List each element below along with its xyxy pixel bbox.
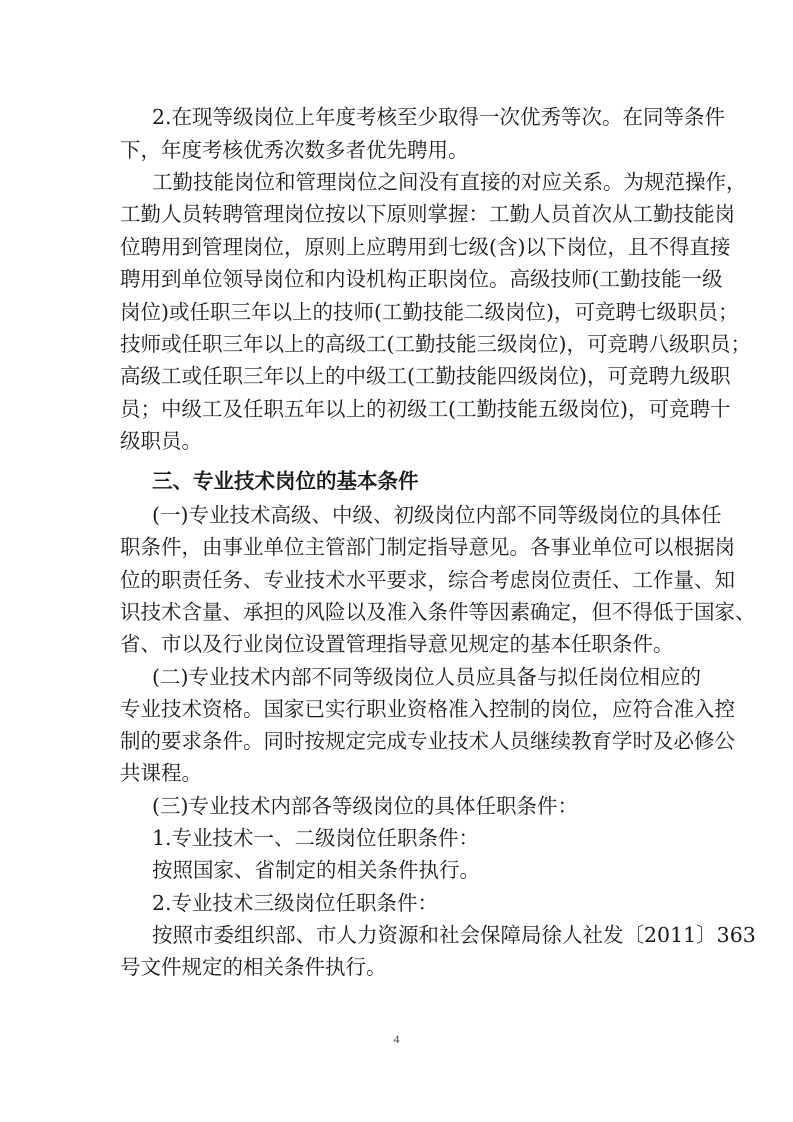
text-line: (二)专业技术内部不同等级岗位人员应具备与拟任岗位相应的 <box>152 661 680 693</box>
text-line: 识技术含量、承担的风险以及准入条件等因素确定，但不得低于国家、 <box>120 596 680 628</box>
text-line: 技师或任职三年以上的高级工(工勤技能三级岗位)，可竞聘八级职员； <box>120 328 680 360</box>
text-line: 高级工或任职三年以上的中级工(工勤技能四级岗位)，可竞聘九级职 <box>120 360 680 392</box>
text-line: 位聘用到管理岗位，原则上应聘用到七级(含)以下岗位，且不得直接 <box>120 231 680 263</box>
text-line: 专业技术资格。国家已实行职业资格准入控制的岗位，应符合准入控 <box>120 693 680 725</box>
text-line: 2.专业技术三级岗位任职条件： <box>152 887 680 919</box>
text-line: 职条件，由事业单位主管部门制定指导意见。各事业单位可以根据岗 <box>120 531 680 563</box>
text-line: 按照国家、省制定的相关条件执行。 <box>152 854 680 886</box>
text-line: (三)专业技术内部各等级岗位的具体任职条件： <box>152 790 680 822</box>
text-line: 岗位)或任职三年以上的技师(工勤技能二级岗位)，可竞聘七级职员； <box>120 296 680 328</box>
text-line: 制的要求条件。同时按规定完成专业技术人员继续教育学时及必修公 <box>120 725 680 757</box>
text-line: 下，年度考核优秀次数多者优先聘用。 <box>120 134 680 166</box>
page-number: 4 <box>0 1032 793 1047</box>
text-line: 位的职责任务、专业技术水平要求，综合考虑岗位责任、工作量、知 <box>120 564 680 596</box>
text-line: 工勤技能岗位和管理岗位之间没有直接的对应关系。为规范操作， <box>152 166 680 198</box>
text-line: 1.专业技术一、二级岗位任职条件： <box>152 822 680 854</box>
text-line: 2.在现等级岗位上年度考核至少取得一次优秀等次。在同等条件 <box>152 101 680 133</box>
text-line: 工勤人员转聘管理岗位按以下原则掌握：工勤人员首次从工勤技能岗 <box>120 198 680 230</box>
text-line: 号文件规定的相关条件执行。 <box>120 951 680 983</box>
section-heading: 三、专业技术岗位的基本条件 <box>152 465 680 497</box>
text-line: 共课程。 <box>120 757 680 789</box>
document-page: 2.在现等级岗位上年度考核至少取得一次优秀等次。在同等条件下，年度考核优秀次数多… <box>0 0 793 1122</box>
text-line: 聘用到单位领导岗位和内设机构正职岗位。高级技师(工勤技能一级 <box>120 263 680 295</box>
text-line: 员；中级工及任职五年以上的初级工(工勤技能五级岗位)，可竞聘十 <box>120 393 680 425</box>
text-line: 按照市委组织部、市人力资源和社会保障局徐人社发〔2011〕363 <box>152 919 680 951</box>
text-line: 级职员。 <box>120 425 680 457</box>
text-line: 省、市以及行业岗位设置管理指导意见规定的基本任职条件。 <box>120 628 680 660</box>
text-line: (一)专业技术高级、中级、初级岗位内部不同等级岗位的具体任 <box>152 499 680 531</box>
